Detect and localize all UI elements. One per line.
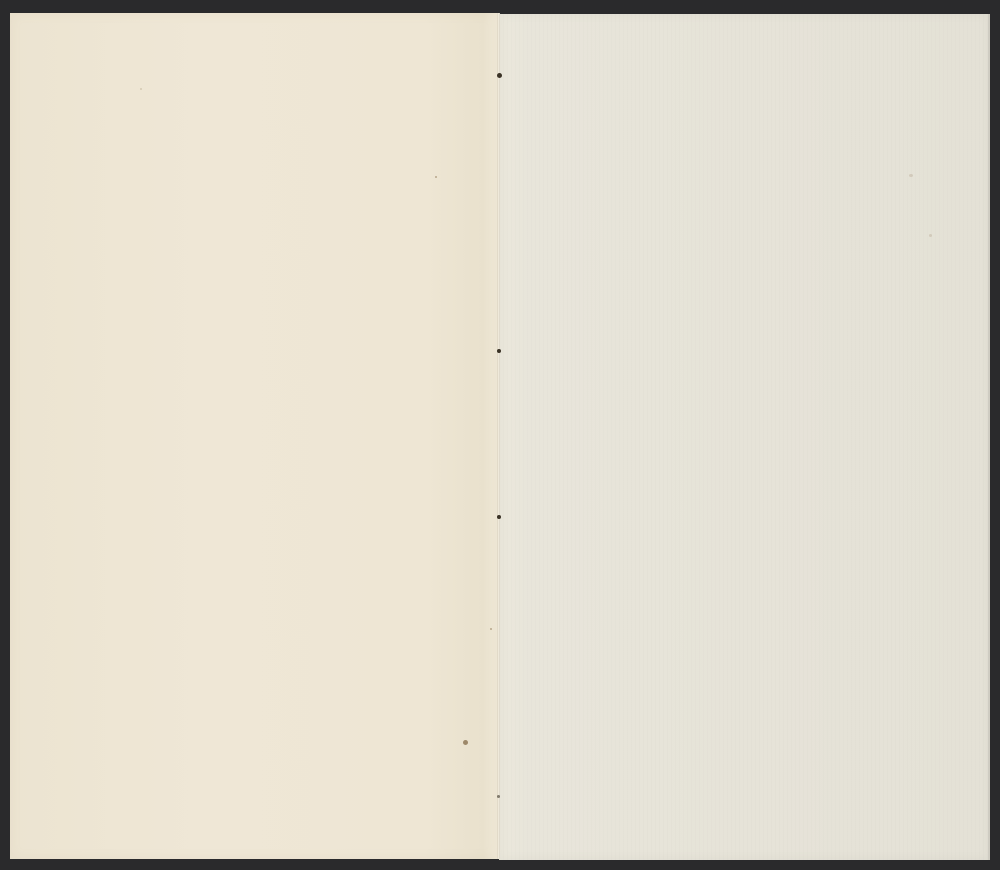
book-scan xyxy=(0,0,1000,870)
right-page xyxy=(499,14,990,860)
stitch-hole xyxy=(497,73,502,78)
stitch-hole xyxy=(497,349,501,353)
page-edge xyxy=(988,14,990,860)
stitch-hole xyxy=(497,515,501,519)
paper-speck xyxy=(929,234,932,237)
paper-speck xyxy=(463,740,468,745)
stitch-hole xyxy=(497,795,500,798)
left-page xyxy=(10,13,498,859)
paper-speck xyxy=(909,174,913,177)
paper-speck xyxy=(140,88,142,90)
paper-speck xyxy=(490,628,492,630)
book-spine xyxy=(497,13,500,859)
paper-speck xyxy=(435,176,437,178)
